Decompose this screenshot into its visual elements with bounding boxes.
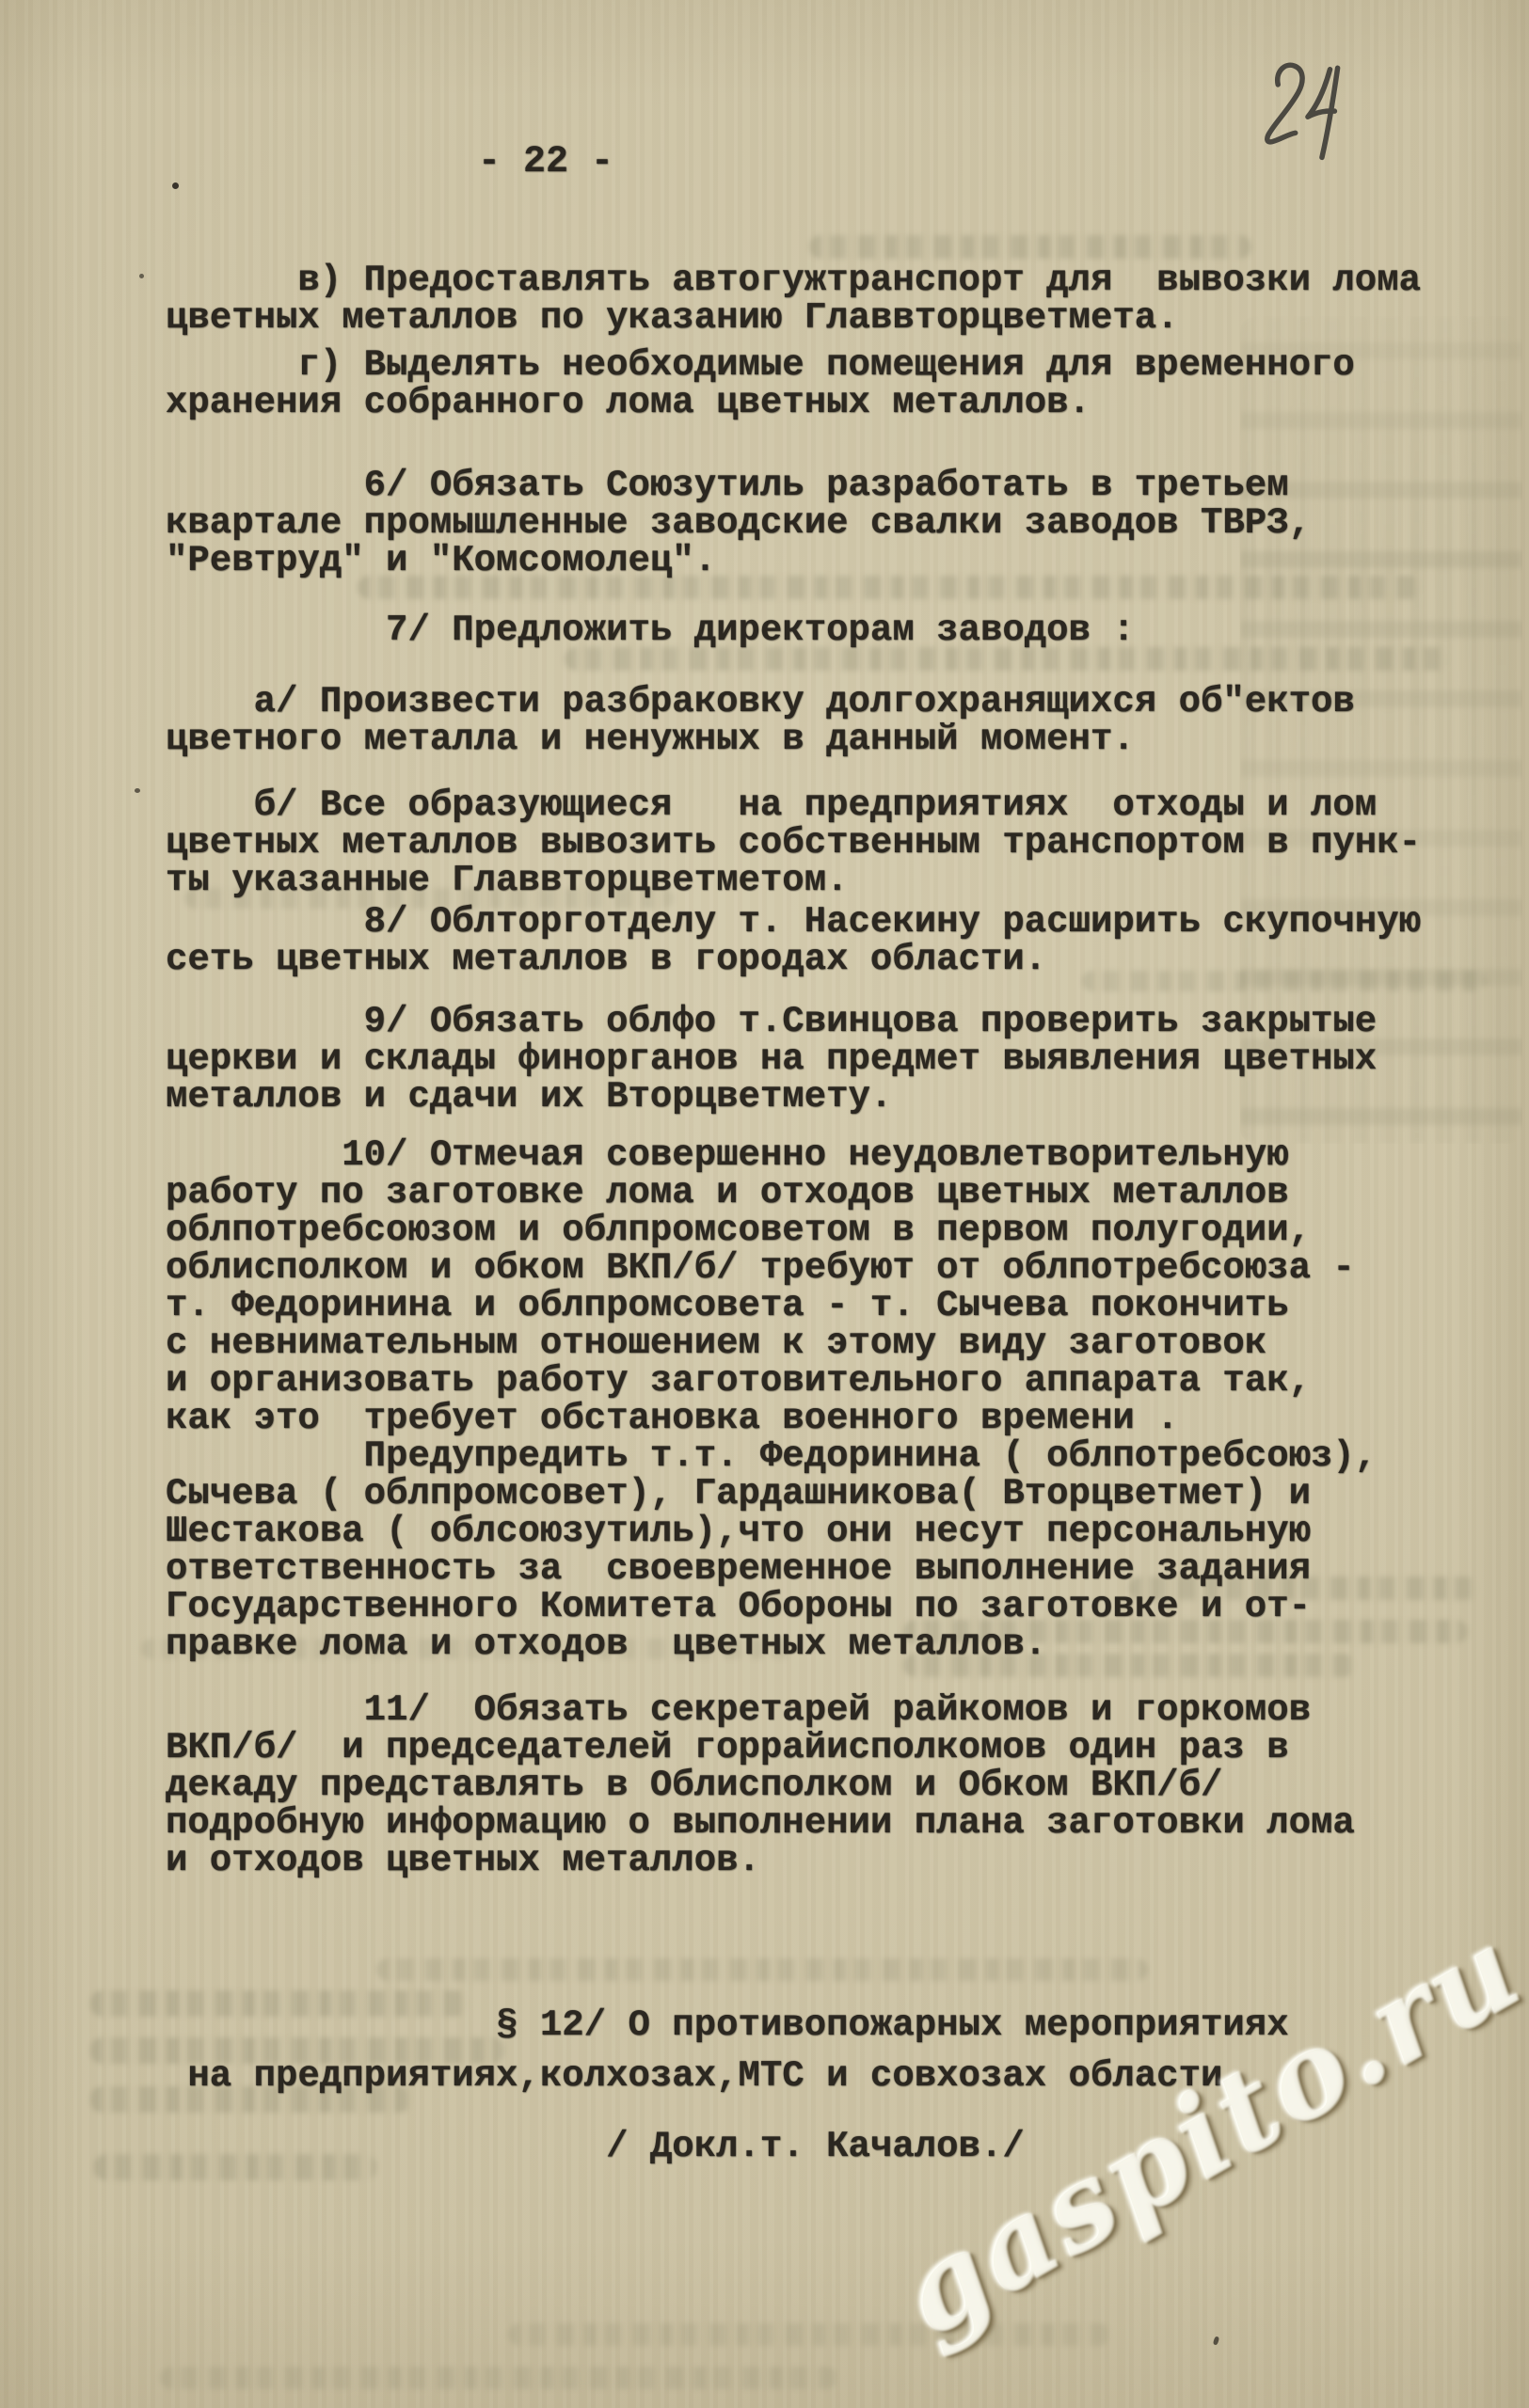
paragraph-item-11: 11/ Обязать секретарей райкомов и горком… bbox=[166, 1691, 1355, 1879]
bleed-through-line bbox=[160, 2367, 837, 2389]
text-line: 11/ Обязать секретарей райкомов и горком… bbox=[166, 1691, 1355, 1729]
text-line: работу по заготовке лома и отходов цветн… bbox=[166, 1174, 1355, 1212]
text-line: с невнимательным отношением к этому виду… bbox=[166, 1324, 1355, 1362]
text-line: ВКП/б/ и председателей горрайисполкомов … bbox=[166, 1729, 1355, 1766]
text-line: б/ Все образующиеся на предприятиях отхо… bbox=[166, 786, 1421, 824]
text-line: цветных металлов по указанию Главвторцве… bbox=[166, 299, 1421, 337]
scanned-document-page: - 22 - в) Предоставлять автогужтранспорт… bbox=[0, 0, 1529, 2408]
paragraph-item-b: б/ Все образующиеся на предприятиях отхо… bbox=[166, 786, 1421, 899]
text-line: 6/ Обязать Союзутиль разработать в треть… bbox=[166, 467, 1311, 504]
text-line: облисполком и обком ВКП/б/ требуют от об… bbox=[166, 1249, 1355, 1287]
text-line: 9/ Обязать облфо т.Свинцова проверить за… bbox=[166, 1003, 1377, 1040]
text-line: подробную информацию о выполнении плана … bbox=[166, 1804, 1355, 1842]
paragraph-item-7: 7/ Предложить директорам заводов : bbox=[166, 611, 1135, 649]
text-line: в) Предоставлять автогужтранспорт для вы… bbox=[166, 261, 1421, 299]
text-line: цветного металла и ненужных в данный мом… bbox=[166, 721, 1355, 758]
text-line: а/ Произвести разбраковку долгохранящихс… bbox=[166, 683, 1355, 721]
text-line: / Докл.т. Качалов./ bbox=[166, 2128, 1025, 2165]
text-line: Предупредить т.т. Федоринина ( облпотреб… bbox=[166, 1437, 1377, 1475]
paragraph-item-v: в) Предоставлять автогужтранспорт для вы… bbox=[166, 261, 1421, 337]
page-number: - 22 - bbox=[478, 141, 613, 183]
paragraph-warning: Предупредить т.т. Федоринина ( облпотреб… bbox=[166, 1437, 1377, 1663]
text-line: и организовать работу заготовительного а… bbox=[166, 1362, 1355, 1400]
paragraph-item-9: 9/ Обязать облфо т.Свинцова проверить за… bbox=[166, 1003, 1377, 1116]
text-line: § 12/ О противопожарных мероприятиях bbox=[166, 2000, 1289, 2051]
paragraph-item-6: 6/ Обязать Союзутиль разработать в треть… bbox=[166, 467, 1311, 579]
text-line: как это требует обстановка военного врем… bbox=[166, 1400, 1355, 1437]
paper-speck bbox=[1213, 2336, 1220, 2345]
text-line: 7/ Предложить директорам заводов : bbox=[166, 611, 1135, 649]
text-line: "Ревтруд" и "Комсомолец". bbox=[166, 542, 1311, 579]
bleed-through-line bbox=[809, 235, 1251, 259]
text-line: церкви и склады финорганов на предмет вы… bbox=[166, 1040, 1377, 1078]
text-line: правке лома и отходов цветных металлов. bbox=[166, 1625, 1377, 1663]
handwritten-24-drawing bbox=[1250, 51, 1362, 180]
bleed-through-line bbox=[376, 1958, 1148, 1981]
text-line: г) Выделять необходимые помещения для вр… bbox=[166, 346, 1355, 384]
paragraph-item-10: 10/ Отмечая совершенно неудовлетворитель… bbox=[166, 1136, 1355, 1437]
text-line: 10/ Отмечая совершенно неудовлетворитель… bbox=[166, 1136, 1355, 1174]
text-line: т. Федоринина и облпромсовета - т. Сычев… bbox=[166, 1287, 1355, 1324]
text-line: хранения собранного лома цветных металло… bbox=[166, 384, 1355, 421]
paper-speck bbox=[135, 788, 140, 793]
text-line: металлов и сдачи их Вторцветмету. bbox=[166, 1078, 1377, 1116]
text-line: сеть цветных металлов в городах области. bbox=[166, 941, 1421, 978]
text-line: ответственность за своевременное выполне… bbox=[166, 1550, 1377, 1588]
text-line: цветных металлов вывозить собственным тр… bbox=[166, 824, 1421, 862]
text-line: и отходов цветных металлов. bbox=[166, 1842, 1355, 1879]
handwritten-page-number bbox=[1250, 51, 1362, 180]
paragraph-item-8: 8/ Облторготделу т. Насекину расширить с… bbox=[166, 903, 1421, 978]
paragraph-item-a: а/ Произвести разбраковку долгохранящихс… bbox=[166, 683, 1355, 758]
text-line: ты указанные Главвторцветметом. bbox=[166, 862, 1421, 899]
speaker-note: / Докл.т. Качалов./ bbox=[166, 2128, 1025, 2165]
section-12-heading: § 12/ О противопожарных мероприятиях на … bbox=[166, 2000, 1289, 2101]
text-line: квартале промышленные заводские свалки з… bbox=[166, 504, 1311, 542]
text-line: на предприятиях,колхозах,МТС и совхозах … bbox=[166, 2051, 1289, 2101]
bleed-through-line bbox=[508, 2323, 1110, 2346]
text-line: декаду представлять в Облисполком и Обко… bbox=[166, 1766, 1355, 1804]
text-line: Государственного Комитета Обороны по заг… bbox=[166, 1588, 1377, 1625]
paper-speck bbox=[172, 182, 179, 189]
text-line: Сычева ( облпромсовет), Гардашникова( Вт… bbox=[166, 1475, 1377, 1513]
paper-speck bbox=[139, 274, 144, 278]
paragraph-item-g: г) Выделять необходимые помещения для вр… bbox=[166, 346, 1355, 421]
text-line: Шестакова ( облсоюзутиль),что они несут … bbox=[166, 1513, 1377, 1550]
text-line: 8/ Облторготделу т. Насекину расширить с… bbox=[166, 903, 1421, 941]
text-line: облпотребсоюзом и облпромсоветом в перво… bbox=[166, 1212, 1355, 1249]
